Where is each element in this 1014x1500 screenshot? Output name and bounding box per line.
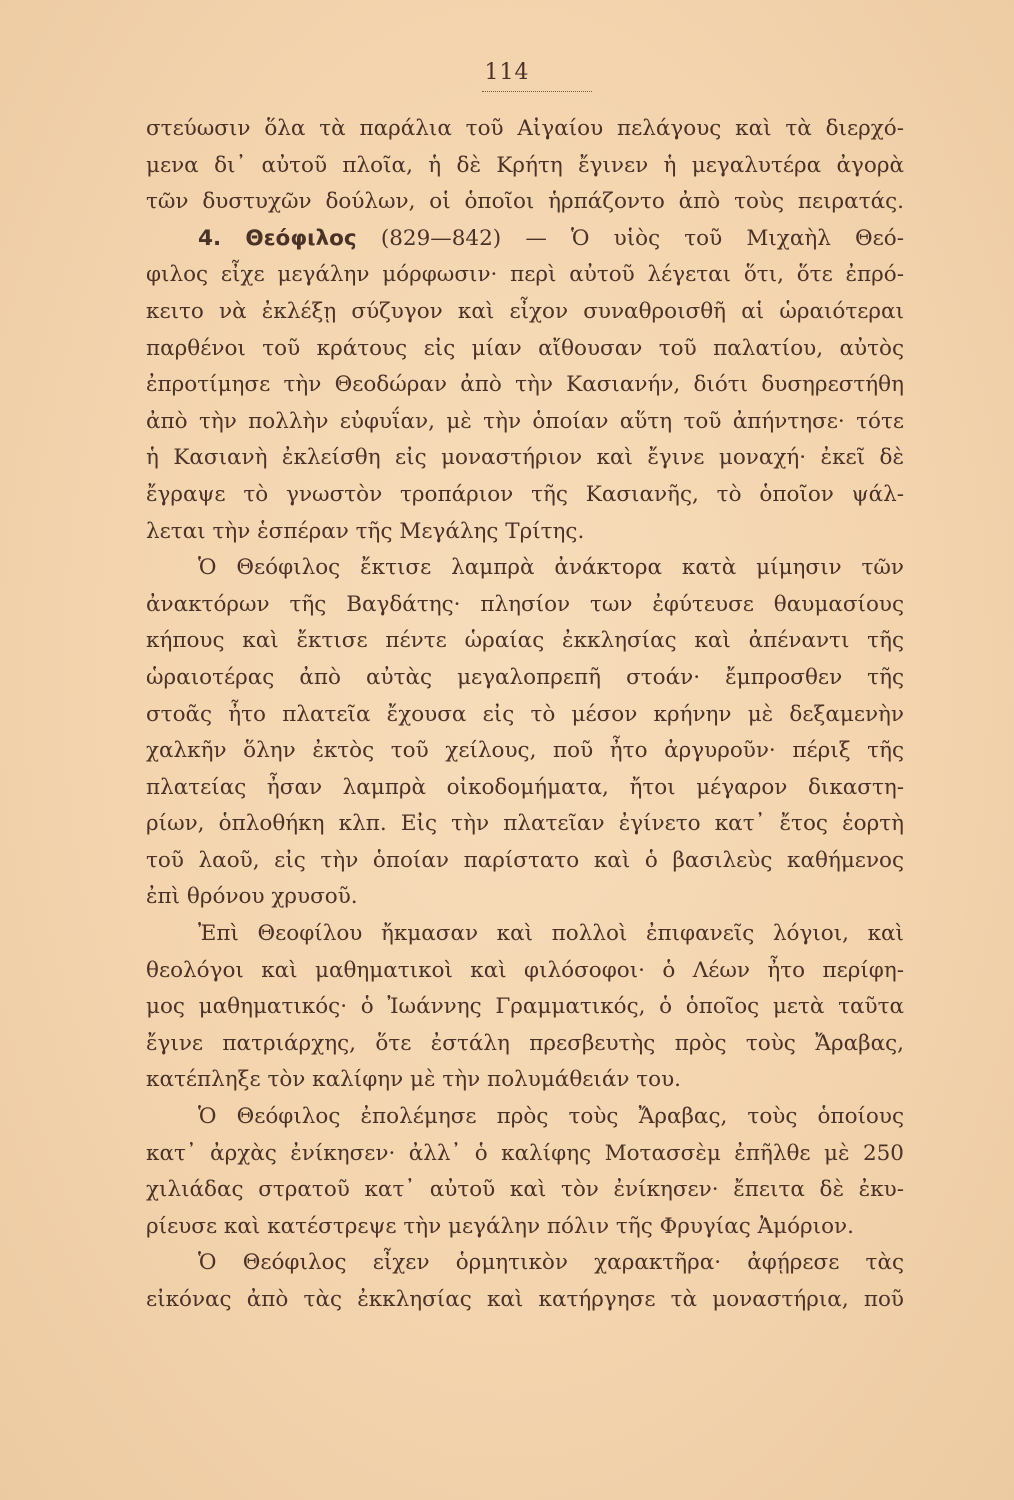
text-line: κήπους καὶ ἔκτισε πέντε ὡραίας ἐκκλησίας… — [146, 623, 904, 660]
text-line: ἔγινε πατριάρχης, ὅτε ἐστάλη πρεσβευτὴς … — [146, 1026, 904, 1063]
text-line: κατέπληξε τὸν καλίφην μὲ τὴν πολυμάθειάν… — [146, 1062, 904, 1099]
text-line: ἡ Κασιανὴ ἐκλείσθη εἰς μοναστήριον καὶ ἔ… — [146, 440, 904, 477]
section-theophilos: 4. Θεόφιλος (829—842) — Ὁ υἱὸς τοῦ Μιχαὴ… — [146, 221, 904, 550]
text-line: λεται τὴν ἑσπέραν τῆς Μεγάλης Τρίτης. — [146, 514, 904, 551]
paragraph-palace: Ὁ Θεόφιλος ἔκτισε λαμπρὰ ἀνάκτορα κατὰ μ… — [146, 550, 904, 916]
text-line: Ὁ Θεόφιλος ἐπολέμησε πρὸς τοὺς Ἄραβας, τ… — [146, 1099, 904, 1136]
text-line: ρίων, ὁπλοθήκη κλπ. Εἰς τὴν πλατεῖαν ἐγί… — [146, 806, 904, 843]
text-line: στοᾶς ἦτο πλατεῖα ἔχουσα εἰς τὸ μέσον κρ… — [146, 697, 904, 734]
text-line: ἔγραψε τὸ γνωστὸν τροπάριον τῆς Κασιανῆς… — [146, 477, 904, 514]
text-line: ἀνακτόρων τῆς Βαγδάτης· πλησίον των ἐφύτ… — [146, 587, 904, 624]
text-line: ἐπροτίμησε τὴν Θεοδώραν ἀπὸ τὴν Κασιανήν… — [146, 367, 904, 404]
section-heading-line: 4. Θεόφιλος (829—842) — Ὁ υἱὸς τοῦ Μιχαὴ… — [146, 221, 904, 258]
text-line: ἀπὸ τὴν πολλὴν εὐφυΐαν, μὲ τὴν ὁποίαν αὕ… — [146, 404, 904, 441]
text-line: Ἐπὶ Θεοφίλου ἤκμασαν καὶ πολλοὶ ἐπιφανεῖ… — [146, 916, 904, 953]
text-line: εἰκόνας ἀπὸ τὰς ἐκκλησίας καὶ κατήργησε … — [146, 1282, 904, 1319]
text-line: ρίευσε καὶ κατέστρεψε τὴν μεγάλην πόλιν … — [146, 1209, 904, 1246]
text-line: κειτο νὰ ἐκλέξῃ σύζυγον καὶ εἶχον συναθρ… — [146, 294, 904, 331]
text-line: κατ᾽ ἀρχὰς ἐνίκησεν· ἀλλ᾽ ὁ καλίφης Μοτα… — [146, 1136, 904, 1173]
paragraph-scholars: Ἐπὶ Θεοφίλου ἤκμασαν καὶ πολλοὶ ἐπιφανεῖ… — [146, 916, 904, 1099]
paragraph-continuation: στεύωσιν ὅλα τὰ παράλια τοῦ Αἰγαίου πελά… — [146, 111, 904, 221]
text-line: τοῦ λαοῦ, εἰς τὴν ὁποίαν παρίστατο καὶ ὁ… — [146, 843, 904, 880]
text-line: μος μαθηματικός· ὁ Ἰωάννης Γραμματικός, … — [146, 989, 904, 1026]
text-line: μενα δι᾽ αὐτοῦ πλοῖα, ἡ δὲ Κρήτη ἔγινεν … — [146, 148, 904, 185]
text-line: τῶν δυστυχῶν δούλων, οἱ ὁποῖοι ἡρπάζοντο… — [146, 184, 904, 221]
text-line: στεύωσιν ὅλα τὰ παράλια τοῦ Αἰγαίου πελά… — [146, 111, 904, 148]
text-line: φιλος εἶχε μεγάλην μόρφωσιν· περὶ αὐτοῦ … — [146, 257, 904, 294]
text-line: Ὁ Θεόφιλος εἶχεν ὁρμητικὸν χαρακτῆρα· ἀφ… — [146, 1245, 904, 1282]
text-line: χιλιάδας στρατοῦ κατ᾽ αὐτοῦ καὶ τὸν ἐνίκ… — [146, 1172, 904, 1209]
paragraph-arab-war: Ὁ Θεόφιλος ἐπολέμησε πρὸς τοὺς Ἄραβας, τ… — [146, 1099, 904, 1245]
text-line: παρθένοι τοῦ κράτους εἰς μίαν αἴθουσαν τ… — [146, 331, 904, 368]
section-number: 4. — [198, 226, 221, 251]
paragraph-iconoclasm: Ὁ Θεόφιλος εἶχεν ὁρμητικὸν χαρακτῆρα· ἀφ… — [146, 1245, 904, 1318]
text-line: χαλκῆν ὅλην ἐκτὸς τοῦ χείλους, ποῦ ἦτο ἀ… — [146, 733, 904, 770]
page-number-rule — [482, 91, 592, 92]
section-heading-rest: (829—842) — Ὁ υἱὸς τοῦ Μιχαὴλ Θεό- — [381, 226, 904, 251]
text-line: ἐπὶ θρόνου χρυσοῦ. — [146, 879, 904, 916]
text-line: θεολόγοι καὶ μαθηματικοὶ καὶ φιλόσοφοι· … — [146, 953, 904, 990]
text-line: ὡραιοτέρας ἀπὸ αὐτὰς μεγαλοπρεπῆ στοάν· … — [146, 660, 904, 697]
page-number: 114 — [0, 60, 1014, 85]
text-line: Ὁ Θεόφιλος ἔκτισε λαμπρὰ ἀνάκτορα κατὰ μ… — [146, 550, 904, 587]
section-title: Θεόφιλος — [245, 226, 356, 251]
body-text: στεύωσιν ὅλα τὰ παράλια τοῦ Αἰγαίου πελά… — [146, 111, 904, 1319]
text-line: πλατείας ἦσαν λαμπρὰ οἰκοδομήματα, ἤτοι … — [146, 770, 904, 807]
